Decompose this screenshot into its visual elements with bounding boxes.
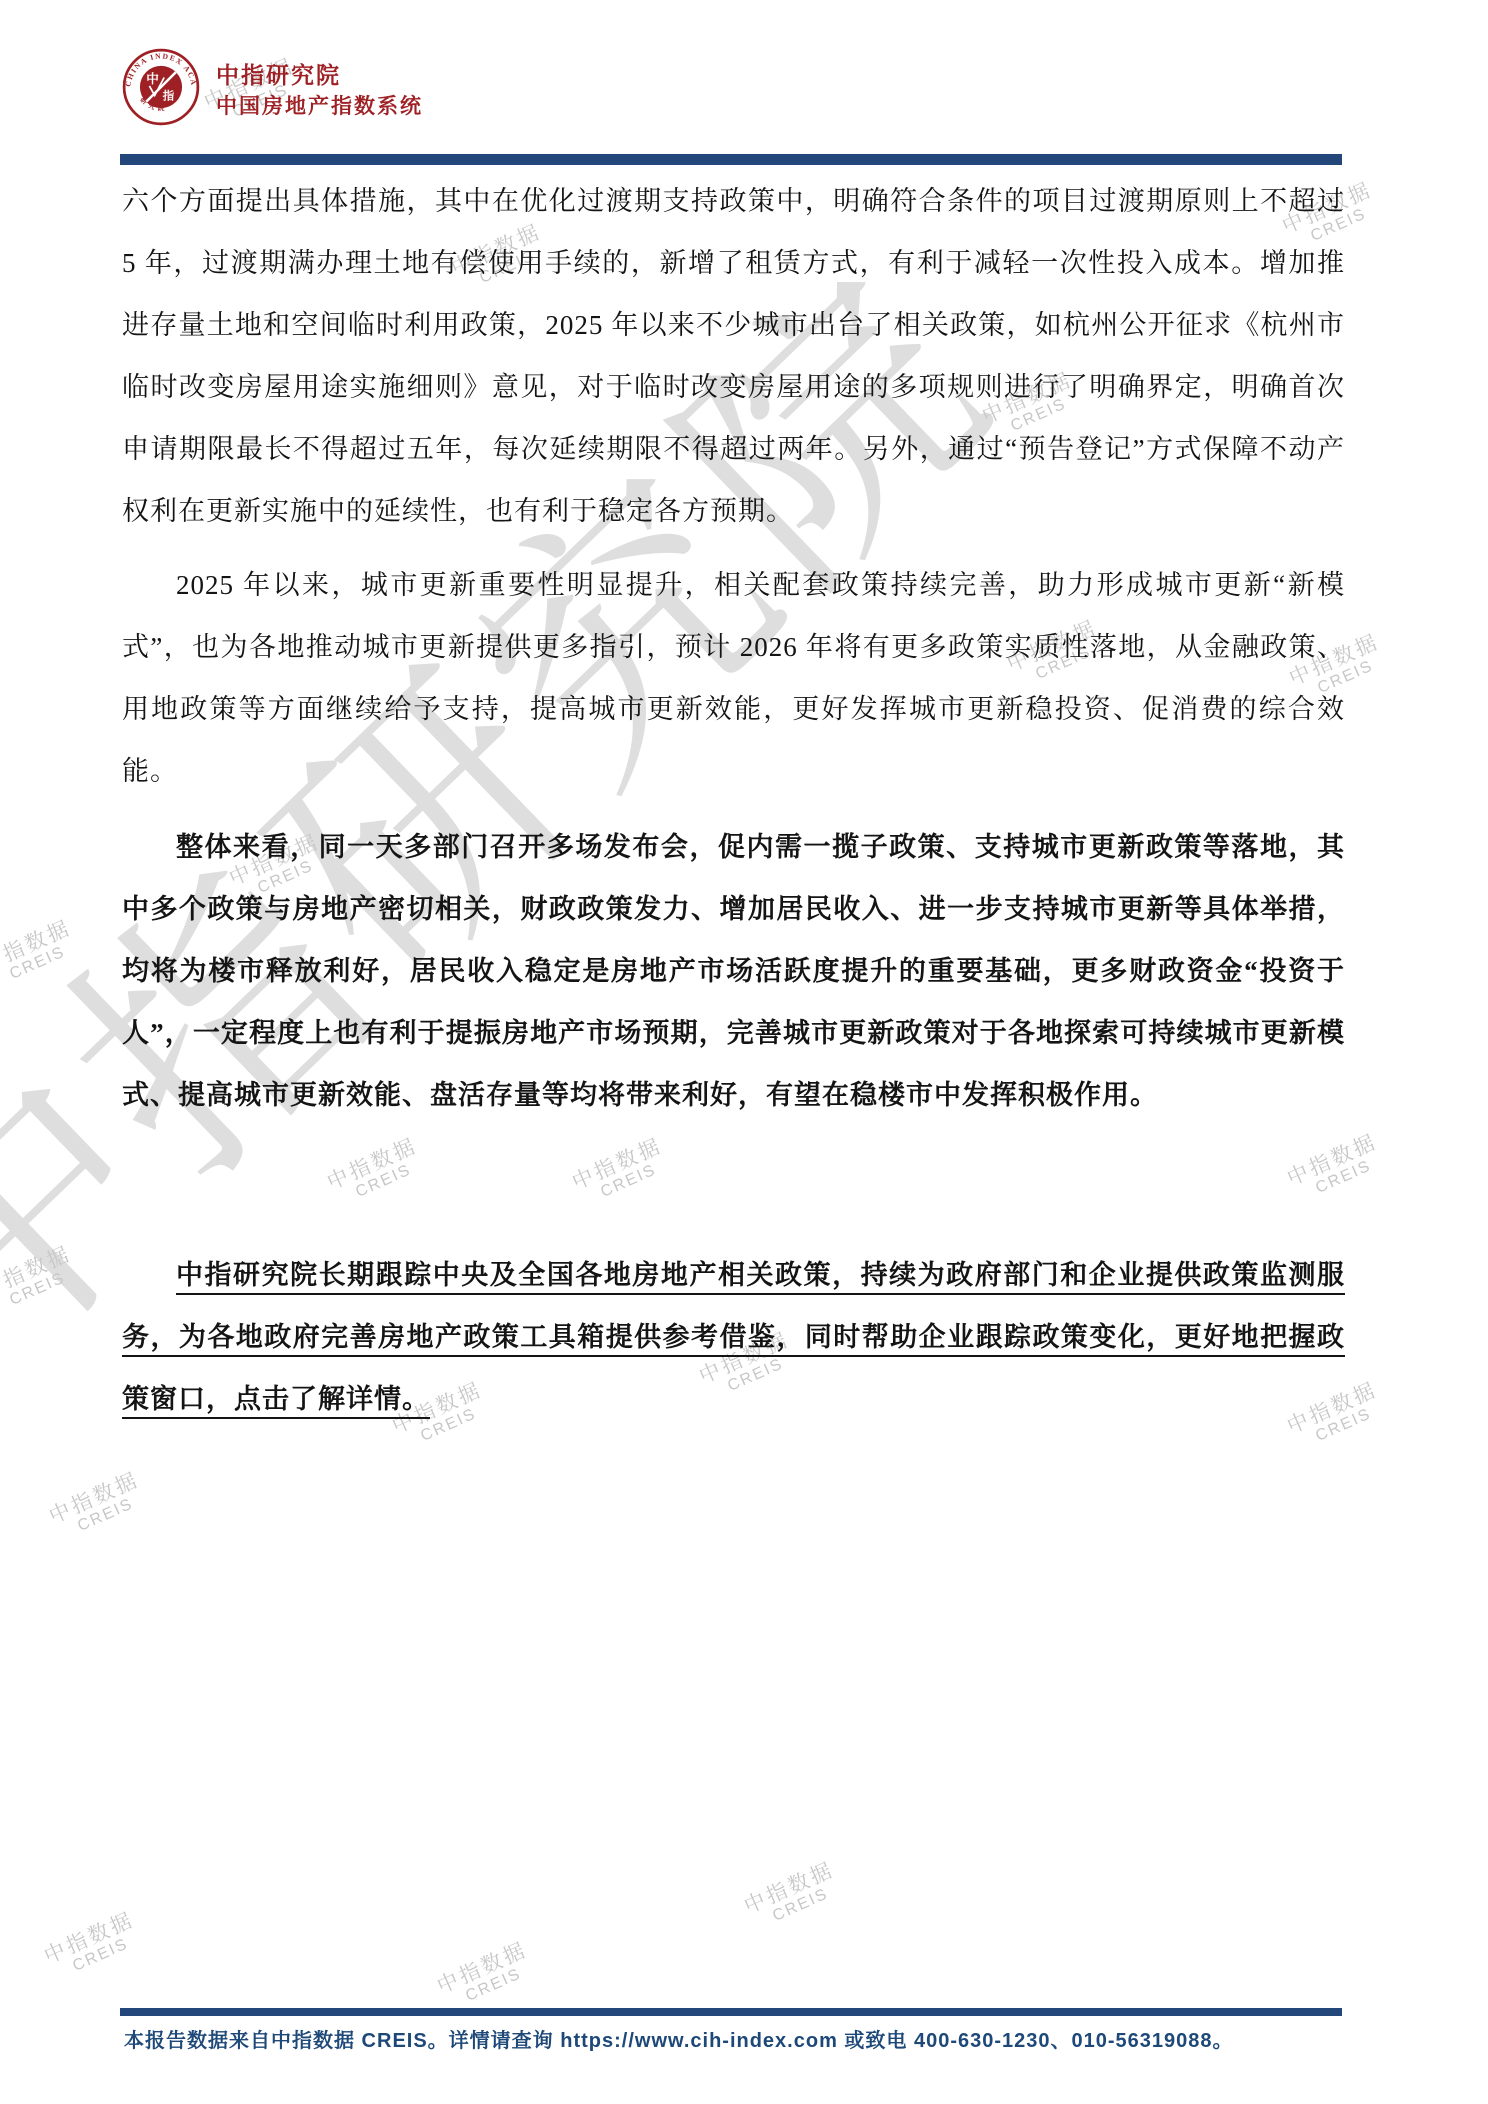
- footer-url-link[interactable]: https://www.cih-index.com: [560, 2030, 838, 2052]
- footer-divider-bar: [120, 2008, 1342, 2016]
- paragraph-transition-policy: 六个方面提出具体措施，其中在优化过渡期支持政策中，明确符合条件的项目过渡期原则上…: [122, 170, 1345, 542]
- cia-seal-logo: CHINA INDEX ACADEMY 研 究 院 中 指: [122, 48, 200, 131]
- paragraph-overall-summary: 整体来看，同一天多部门召开多场发布会，促内需一揽子政策、支持城市更新政策等落地，…: [122, 816, 1345, 1126]
- system-name: 中国房地产指数系统: [216, 92, 423, 122]
- creis-watermark: 中指数据CREIS: [41, 1908, 145, 1985]
- footer-note: 本报告数据来自中指数据 CREIS。详情请查询 https://www.cih-…: [124, 2024, 1364, 2053]
- creis-watermark: 中指数据CREIS: [434, 1938, 538, 2015]
- footer-note-suffix: 或致电 400-630-1230、010-56319088。: [838, 2030, 1234, 2052]
- paragraph-urban-renewal-outlook: 2025 年以来，城市更新重要性明显提升，相关配套政策持续完善，助力形成城市更新…: [122, 554, 1345, 802]
- footer-note-prefix: 本报告数据来自中指数据 CREIS。详情请查询: [124, 2030, 560, 2052]
- creis-watermark: 中指数据CREIS: [46, 1468, 150, 1545]
- page-header: CHINA INDEX ACADEMY 研 究 院 中 指 中指研究院 中国房地…: [122, 48, 423, 131]
- creis-watermark: 中指数据CREIS: [0, 1242, 82, 1319]
- document-body: 六个方面提出具体措施，其中在优化过渡期支持政策中，明确符合条件的项目过渡期原则上…: [122, 170, 1345, 1430]
- creis-watermark: 中指数据CREIS: [0, 916, 82, 993]
- logo-center-char-top: 中: [146, 71, 159, 86]
- header-divider-bar: [120, 154, 1342, 165]
- paragraph-policy-monitoring-link[interactable]: 中指研究院长期跟踪中央及全国各地房地产相关政策，持续为政府部门和企业提供政策监测…: [122, 1244, 1345, 1430]
- report-page: 中指研究院 中指数据CREIS中指数据CREIS中指数据CREIS中指数据CRE…: [0, 0, 1488, 2104]
- org-name: 中指研究院: [216, 58, 423, 92]
- logo-center-char-bottom: 指: [162, 89, 175, 103]
- creis-watermark: 中指数据CREIS: [741, 1858, 845, 1935]
